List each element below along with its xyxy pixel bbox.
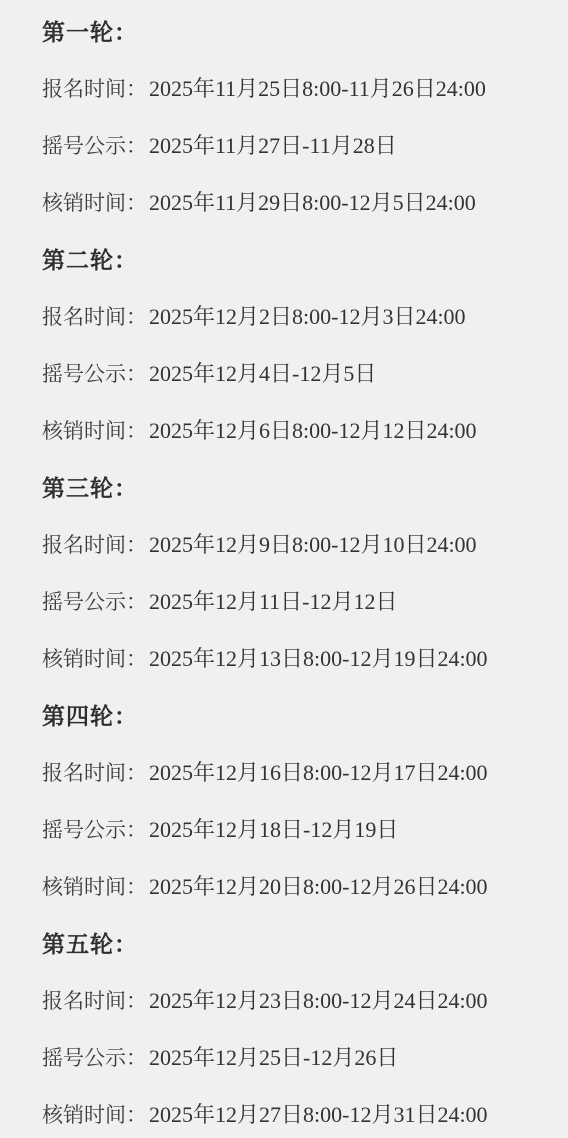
- round-section-5: 第五轮： 报名时间： 2025年12月23日8:00-12月24日24:00 摇…: [42, 930, 540, 1129]
- row-label: 报名时间：: [42, 76, 147, 104]
- row-value: 2025年12月6日8:00-12月12日24:00: [149, 417, 477, 445]
- schedule-row: 核销时间： 2025年11月29日8:00-12月5日24:00: [42, 189, 540, 217]
- schedule-row: 核销时间： 2025年12月20日8:00-12月26日24:00: [42, 873, 540, 901]
- round-title: 第五轮：: [42, 930, 540, 958]
- schedule-row: 报名时间： 2025年11月25日8:00-11月26日24:00: [42, 75, 540, 103]
- row-label: 核销时间：: [42, 1102, 147, 1130]
- row-value: 2025年12月13日8:00-12月19日24:00: [149, 645, 488, 673]
- row-value: 2025年11月27日-11月28日: [149, 132, 397, 160]
- round-title: 第四轮：: [42, 702, 540, 730]
- row-label: 核销时间：: [42, 190, 147, 218]
- schedule-row: 报名时间： 2025年12月2日8:00-12月3日24:00: [42, 303, 540, 331]
- schedule-row: 报名时间： 2025年12月23日8:00-12月24日24:00: [42, 987, 540, 1015]
- row-value: 2025年12月16日8:00-12月17日24:00: [149, 759, 488, 787]
- row-value: 2025年12月20日8:00-12月26日24:00: [149, 873, 488, 901]
- row-label: 摇号公示：: [42, 361, 147, 389]
- schedule-document: 第一轮： 报名时间： 2025年11月25日8:00-11月26日24:00 摇…: [0, 0, 568, 1138]
- row-label: 摇号公示：: [42, 589, 147, 617]
- schedule-row: 核销时间： 2025年12月27日8:00-12月31日24:00: [42, 1101, 540, 1129]
- schedule-row: 摇号公示： 2025年12月11日-12月12日: [42, 588, 540, 616]
- row-label: 报名时间：: [42, 988, 147, 1016]
- schedule-row: 摇号公示： 2025年12月4日-12月5日: [42, 360, 540, 388]
- row-value: 2025年12月11日-12月12日: [149, 588, 398, 616]
- row-value: 2025年12月9日8:00-12月10日24:00: [149, 531, 477, 559]
- row-value: 2025年12月23日8:00-12月24日24:00: [149, 987, 488, 1015]
- round-title: 第三轮：: [42, 474, 540, 502]
- row-value: 2025年11月29日8:00-12月5日24:00: [149, 189, 476, 217]
- round-section-4: 第四轮： 报名时间： 2025年12月16日8:00-12月17日24:00 摇…: [42, 702, 540, 901]
- row-value: 2025年12月27日8:00-12月31日24:00: [149, 1101, 488, 1129]
- schedule-row: 摇号公示： 2025年12月25日-12月26日: [42, 1044, 540, 1072]
- round-section-1: 第一轮： 报名时间： 2025年11月25日8:00-11月26日24:00 摇…: [42, 18, 540, 217]
- row-label: 核销时间：: [42, 418, 147, 446]
- schedule-row: 核销时间： 2025年12月6日8:00-12月12日24:00: [42, 417, 540, 445]
- row-value: 2025年12月4日-12月5日: [149, 360, 376, 388]
- row-label: 核销时间：: [42, 646, 147, 674]
- row-label: 摇号公示：: [42, 133, 147, 161]
- schedule-row: 核销时间： 2025年12月13日8:00-12月19日24:00: [42, 645, 540, 673]
- row-label: 报名时间：: [42, 304, 147, 332]
- schedule-row: 报名时间： 2025年12月16日8:00-12月17日24:00: [42, 759, 540, 787]
- schedule-row: 摇号公示： 2025年12月18日-12月19日: [42, 816, 540, 844]
- round-section-3: 第三轮： 报名时间： 2025年12月9日8:00-12月10日24:00 摇号…: [42, 474, 540, 673]
- row-label: 核销时间：: [42, 874, 147, 902]
- round-title: 第一轮：: [42, 18, 540, 46]
- row-label: 摇号公示：: [42, 1045, 147, 1073]
- round-section-2: 第二轮： 报名时间： 2025年12月2日8:00-12月3日24:00 摇号公…: [42, 246, 540, 445]
- schedule-row: 摇号公示： 2025年11月27日-11月28日: [42, 132, 540, 160]
- row-label: 摇号公示：: [42, 817, 147, 845]
- row-value: 2025年12月25日-12月26日: [149, 1044, 398, 1072]
- row-label: 报名时间：: [42, 532, 147, 560]
- round-title: 第二轮：: [42, 246, 540, 274]
- row-value: 2025年12月18日-12月19日: [149, 816, 398, 844]
- row-value: 2025年11月25日8:00-11月26日24:00: [149, 75, 486, 103]
- row-label: 报名时间：: [42, 760, 147, 788]
- schedule-row: 报名时间： 2025年12月9日8:00-12月10日24:00: [42, 531, 540, 559]
- row-value: 2025年12月2日8:00-12月3日24:00: [149, 303, 466, 331]
